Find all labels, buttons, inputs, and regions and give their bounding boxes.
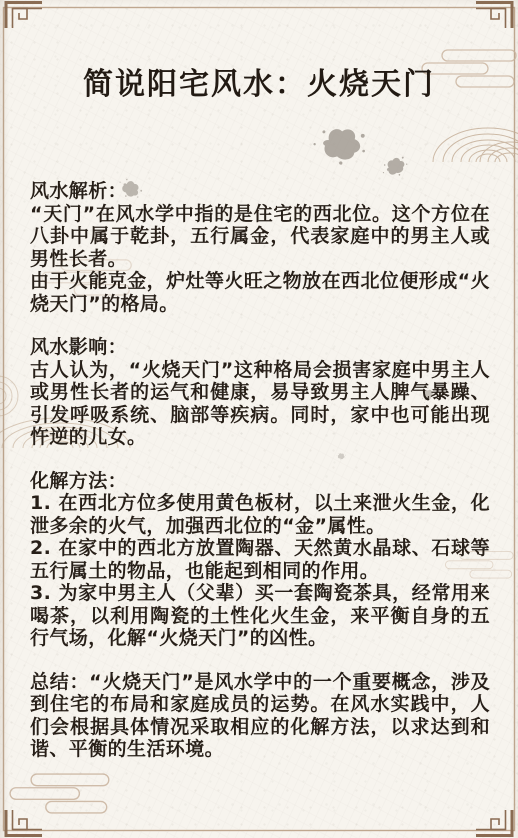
section-summary: 总结：“火烧天门”是风水学中的一个重要概念，涉及到住宅的布局和家庭成员的运势。在…: [30, 671, 490, 761]
remedy-item: 1. 在西北方位多使用黄色板材，以土来泄火生金，化泄多余的火气，加强西北位的“金…: [30, 492, 490, 537]
remedy-item: 3. 为家中男主人（父辈）买一套陶瓷茶具，经常用来喝茶，以利用陶瓷的土性化火生金…: [30, 582, 490, 650]
page-title: 简说阳宅风水：火烧天门: [0, 59, 518, 103]
corner-ornament-top-left: [6, 3, 42, 29]
section-analysis: 风水解析： “天门”在风水学中指的是住宅的西北位。这个方位在八卦中属于乾卦，五行…: [30, 180, 490, 315]
ink-splatter: [311, 125, 368, 168]
circle-motif: [0, 376, 18, 416]
corner-ornament-top-right: [476, 3, 512, 29]
section-heading: 风水解析：: [30, 180, 490, 203]
remedy-item: 2. 在家中的西北方放置陶器、天然黄水晶球、石球等五行属土的物品，也能起到相同的…: [30, 537, 490, 582]
paragraph: 古人认为，“火烧天门”这种格局会损害家庭中男主人或男性长者的运气和健康，易导致男…: [30, 359, 490, 449]
mountain-icon: [433, 128, 518, 162]
section-heading: 风水影响：: [30, 336, 490, 359]
section-influence: 风水影响： 古人认为，“火烧天门”这种格局会损害家庭中男主人或男性长者的运气和健…: [30, 336, 490, 449]
corner-ornament-bottom-right: [476, 810, 512, 836]
section-remedies: 化解方法： 1. 在西北方位多使用黄色板材，以土来泄火生金，化泄多余的火气，加强…: [30, 470, 490, 650]
paragraph: 由于火能克金，炉灶等火旺之物放在西北位便形成“火烧天门”的格局。: [30, 270, 490, 315]
ink-splatter: [380, 155, 411, 181]
summary-paragraph: 总结：“火烧天门”是风水学中的一个重要概念，涉及到住宅的布局和家庭成员的运势。在…: [30, 671, 490, 761]
corner-ornament-bottom-left: [6, 810, 42, 836]
paragraph: “天门”在风水学中指的是住宅的西北位。这个方位在八卦中属于乾卦，五行属金，代表家…: [30, 203, 490, 271]
article-body: 风水解析： “天门”在风水学中指的是住宅的西北位。这个方位在八卦中属于乾卦，五行…: [30, 180, 490, 761]
paper-page: 简说阳宅风水：火烧天门 风水解析： “天门”在风水学中指的是住宅的西北位。这个方…: [0, 0, 518, 838]
cloud-icon: [10, 774, 109, 813]
section-heading: 化解方法：: [30, 470, 490, 493]
